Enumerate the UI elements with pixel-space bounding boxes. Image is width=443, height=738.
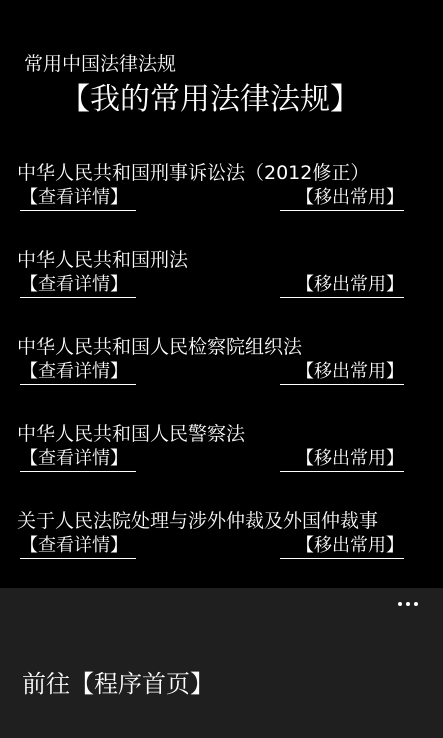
app-title: 常用中国法律法规 bbox=[24, 52, 176, 76]
app-bar: 前往【程序首页】 bbox=[0, 588, 443, 738]
view-details-link[interactable]: 【查看详情】 bbox=[20, 535, 136, 559]
more-button[interactable] bbox=[391, 594, 425, 614]
view-details-link[interactable]: 【查看详情】 bbox=[20, 187, 136, 211]
law-name: 中华人民共和国人民检察院组织法 bbox=[17, 334, 302, 360]
ellipsis-icon bbox=[414, 602, 418, 606]
remove-favorite-link[interactable]: 【移出常用】 bbox=[280, 187, 404, 211]
ellipsis-icon bbox=[406, 602, 410, 606]
view-details-link[interactable]: 【查看详情】 bbox=[20, 361, 136, 385]
remove-favorite-link[interactable]: 【移出常用】 bbox=[280, 448, 404, 472]
law-name: 中华人民共和国刑事诉讼法（2012修正） bbox=[17, 160, 369, 186]
remove-favorite-link[interactable]: 【移出常用】 bbox=[280, 274, 404, 298]
favorite-laws-list: 中华人民共和国刑事诉讼法（2012修正） 【查看详情】 【移出常用】 中华人民共… bbox=[0, 158, 443, 593]
remove-favorite-link[interactable]: 【移出常用】 bbox=[280, 361, 404, 385]
view-details-link[interactable]: 【查看详情】 bbox=[20, 274, 136, 298]
law-name: 关于人民法院处理与涉外仲裁及外国仲裁事 bbox=[17, 508, 378, 534]
list-item: 中华人民共和国刑法 【查看详情】 【移出常用】 bbox=[0, 245, 443, 332]
law-name: 中华人民共和国人民警察法 bbox=[17, 421, 245, 447]
ellipsis-icon bbox=[398, 602, 402, 606]
go-home-menu-item[interactable]: 前往【程序首页】 bbox=[22, 668, 214, 700]
remove-favorite-link[interactable]: 【移出常用】 bbox=[280, 535, 404, 559]
list-item: 中华人民共和国人民检察院组织法 【查看详情】 【移出常用】 bbox=[0, 332, 443, 419]
list-item: 中华人民共和国人民警察法 【查看详情】 【移出常用】 bbox=[0, 419, 443, 506]
list-item: 关于人民法院处理与涉外仲裁及外国仲裁事 【查看详情】 【移出常用】 bbox=[0, 506, 443, 593]
list-item: 中华人民共和国刑事诉讼法（2012修正） 【查看详情】 【移出常用】 bbox=[0, 158, 443, 245]
view-details-link[interactable]: 【查看详情】 bbox=[20, 448, 136, 472]
page-title: 【我的常用法律法规】 bbox=[60, 80, 360, 120]
law-name: 中华人民共和国刑法 bbox=[17, 247, 188, 273]
